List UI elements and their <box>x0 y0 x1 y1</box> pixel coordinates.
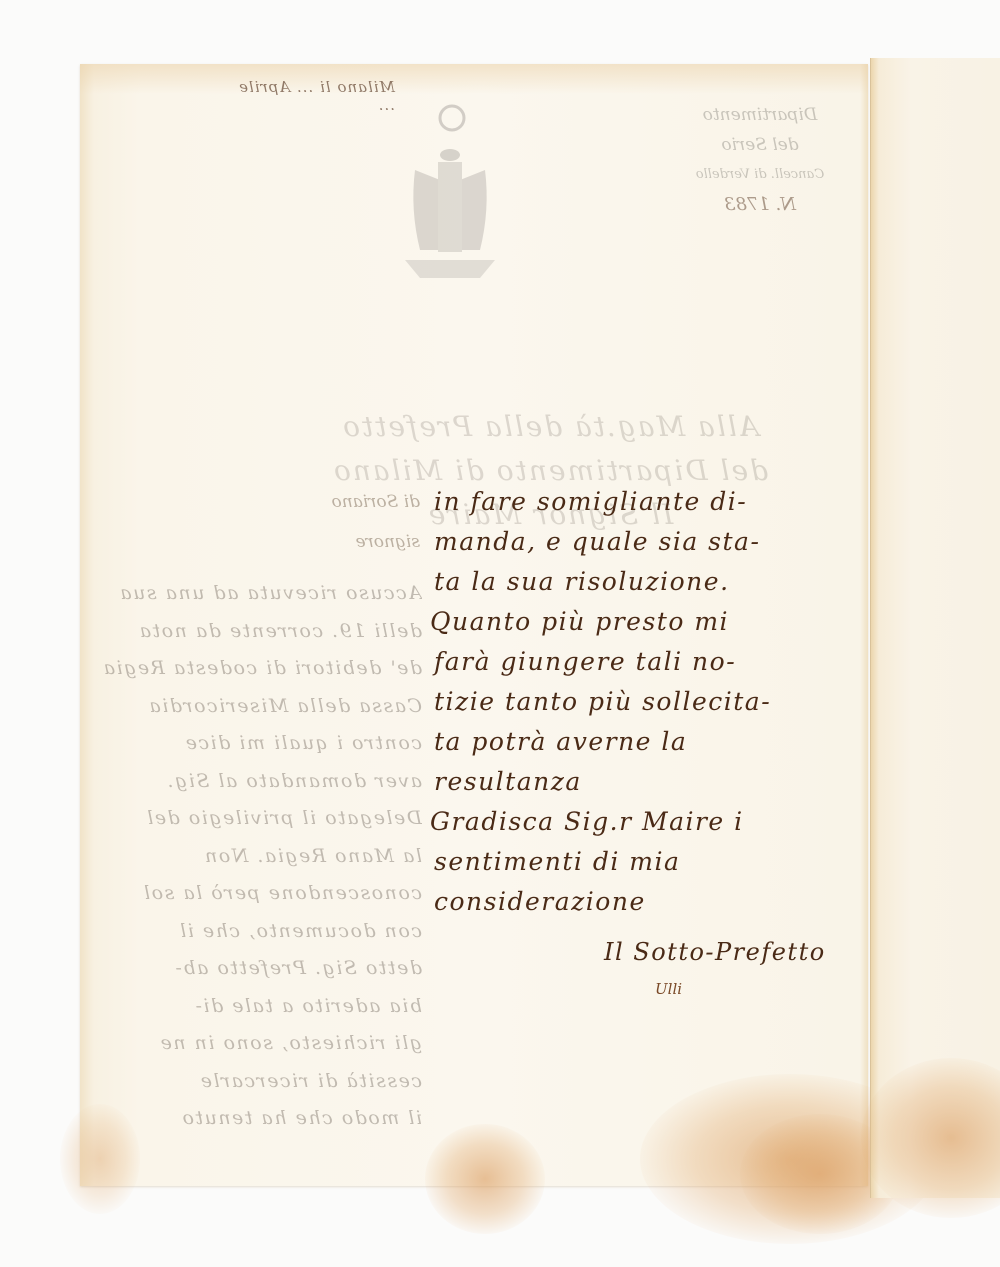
bleed-line: signore <box>310 522 420 562</box>
bleed-line: la Mano Regia. Non <box>92 838 422 876</box>
bleed-through-text: Accuso ricevuta ad una sua delli 19. cor… <box>92 575 422 1138</box>
bleed-line: Cassa della Misericordia <box>92 688 422 726</box>
letterhead-number: N. 1783 <box>650 190 870 220</box>
letter-line: tizie tanto più sollecita- <box>430 682 875 722</box>
bleed-side-note: di Soriano signore <box>310 482 420 562</box>
bleed-line: contro i quali mi dice <box>92 725 422 763</box>
bleed-line: conoscendone però la sol <box>92 875 422 913</box>
bleed-line: de' debitori di codesta Regia <box>92 650 422 688</box>
letter-line: ta la sua risoluzione. <box>430 562 875 602</box>
letter-line: resultanza <box>430 762 875 802</box>
letter-line: in fare somigliante di- <box>430 482 875 522</box>
letter-line: Gradisca Sig.r Maire i <box>430 802 875 842</box>
adjacent-sheet <box>870 58 1000 1198</box>
bleed-line: cessità di ricercarle <box>92 1063 422 1101</box>
letter-body: in fare somigliante di- manda, e quale s… <box>430 482 875 922</box>
letterhead-line: del Serio <box>650 130 870 160</box>
letter-line: ta potrà averne la <box>430 722 875 762</box>
letter-line: manda, e quale sia sta- <box>430 522 875 562</box>
letterhead-stamp: Dipartimento del Serio Cancell. di Verde… <box>650 100 870 220</box>
bleed-line: Alla Mag.tà della Prefetto <box>270 405 830 449</box>
letter-line: Quanto più presto mi <box>430 602 875 642</box>
bleed-line: bia aderito a tale di- <box>92 988 422 1026</box>
bleed-line: il modo che ha tenuto <box>92 1100 422 1138</box>
letter-line: considerazione <box>430 882 875 922</box>
letterhead-line: Cancell. di Verdello <box>650 160 870 190</box>
bleed-line: con documento, che il <box>92 913 422 951</box>
signature-initials: Ulli <box>655 980 682 998</box>
eagle-crown-emblem-icon <box>390 100 510 290</box>
letter-line: sentimenti di mia <box>430 842 875 882</box>
bleed-line: aver domandato al Sig. <box>92 763 422 801</box>
signature-title: Il Sotto-Prefetto <box>604 938 826 966</box>
bleed-line: detto Sig. Prefetto ab- <box>92 950 422 988</box>
bleed-line: gli richiesto, sono in ne <box>92 1025 422 1063</box>
letterhead-line: Dipartimento <box>650 100 870 130</box>
top-date-note: Milano li ... Aprile ... <box>225 78 395 114</box>
bleed-line: Delegato il privilegio del <box>92 800 422 838</box>
bleed-line: di Soriano <box>310 482 420 522</box>
bleed-line: delli 19. corrente da nota <box>92 613 422 651</box>
water-stain <box>861 1058 1000 1218</box>
letter-line: farà giungere tali no- <box>430 642 875 682</box>
water-stain <box>425 1124 545 1234</box>
bleed-line: Accuso ricevuta ad una sua <box>92 575 422 613</box>
